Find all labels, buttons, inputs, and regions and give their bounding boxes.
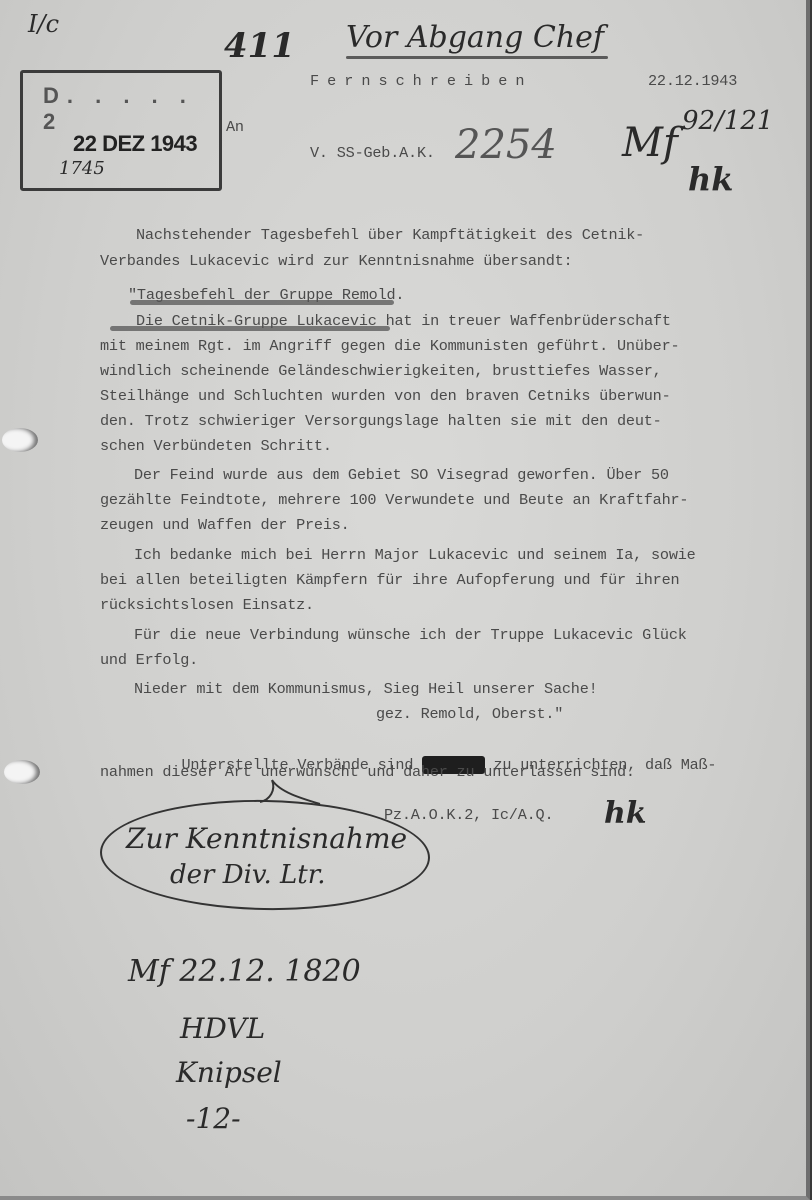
oval-note-line: Zur Kenntnisnahme: [126, 822, 407, 855]
page-number: -12-: [186, 1102, 241, 1135]
document-page: I/c 411 Vor Abgang Chef D. . . . . 2 22 …: [0, 0, 810, 1200]
bottom-note: HDVL: [180, 1012, 265, 1045]
bottom-note: Mf 22.12. 1820: [128, 954, 361, 989]
bottom-note: Knipsel: [176, 1056, 282, 1089]
oval-note-line: der Div. Ltr.: [170, 860, 326, 890]
annotation-strokes: [0, 0, 812, 1200]
